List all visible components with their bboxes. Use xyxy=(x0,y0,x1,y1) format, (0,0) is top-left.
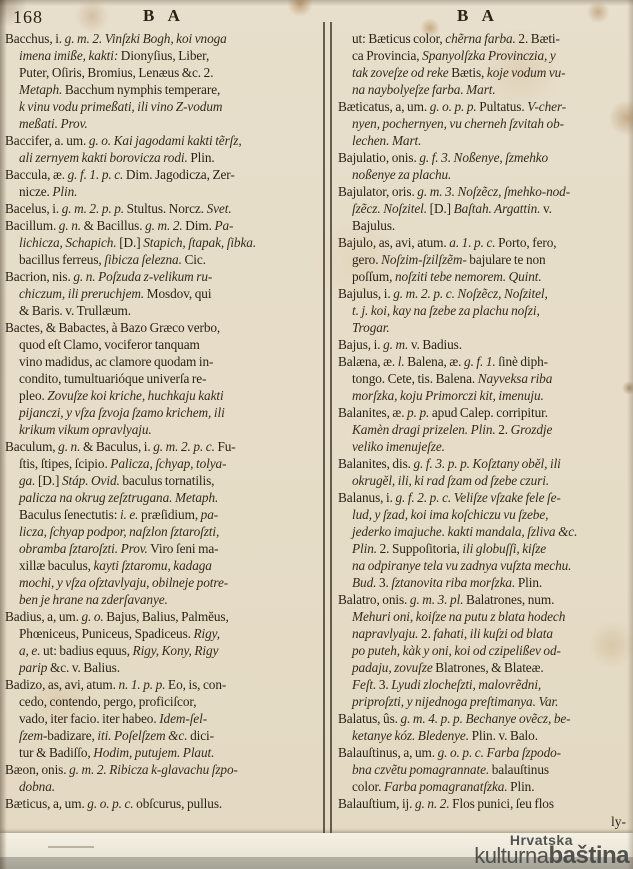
dictionary-entry: Balatus, ûs. g. m. 4. p. p. Bechanye ovẽ… xyxy=(338,710,631,744)
dictionary-entry: Baccifer, a. um. g. o. Kai jagodami kakt… xyxy=(5,132,321,166)
watermark-line2-normal: kulturna xyxy=(474,843,548,868)
dictionary-entry: Bactes, & Babactes, à Bazo Græco verbo,q… xyxy=(5,319,321,438)
dictionary-entry: Bacrion, nis. g. n. Poſzuda z-velikum ru… xyxy=(5,268,321,319)
dictionary-entry: Balauſtinus, a, um. g. o. p. c. Farba ſz… xyxy=(338,744,631,795)
dictionary-entry: Badius, a, um. g. o. Bajus, Balius, Palm… xyxy=(5,608,321,676)
running-header-left: B A xyxy=(143,6,185,26)
scan-edge-mark xyxy=(48,846,94,848)
scanned-dictionary-page: 168 B A B A Bacchus, i. g. m. 2. Vinſzki… xyxy=(0,0,633,869)
dictionary-entry: Bæon, onis. g. m. 2. Ribicza k-glavachu … xyxy=(5,761,321,795)
dictionary-entry: ut: Bæticus color, chẽrna farba. 2. Bæti… xyxy=(338,30,631,98)
dictionary-entry: Balanites, dis. g. f. 3. p. p. Koſztany … xyxy=(338,455,631,489)
dictionary-entry: Baculum, g. n. & Baculus, i. g. m. 2. p.… xyxy=(5,438,321,608)
column-divider-rule xyxy=(323,22,332,835)
dictionary-entry: Balauſtium, ij. g. n. 2. Flos punici, ſe… xyxy=(338,795,631,812)
dictionary-entry: Bajulator, oris. g. m. 3. Noſzẽcz, ſmehk… xyxy=(338,183,631,234)
dictionary-entry: Bæticus, a, um. g. o. p. c. obſcurus, pu… xyxy=(5,795,321,812)
dictionary-entry: Bacelus, i. g. m. 2. p. p. Stultus. Norc… xyxy=(5,200,321,217)
dictionary-entry: Bajulatio, onis. g. f. 3. Noßenye, ſzmeh… xyxy=(338,149,631,183)
heritage-watermark: Hrvatskakulturnabaština xyxy=(474,833,629,868)
dictionary-entry: Balanites, æ. p. p. apud Calep. corripit… xyxy=(338,404,631,455)
dictionary-entry: Bacchus, i. g. m. 2. Vinſzki Bogh, koi v… xyxy=(5,30,321,132)
left-text-column: Bacchus, i. g. m. 2. Vinſzki Bogh, koi v… xyxy=(5,30,321,820)
dictionary-entry: Bacillum. g. n. & Bacillus. g. m. 2. Dim… xyxy=(5,217,321,268)
dictionary-entry: Bæticatus, a, um. g. o. p. p. Pultatus. … xyxy=(338,98,631,149)
dictionary-entry: Baccula, æ. g. f. 1. p. c. Dim. Jagodicz… xyxy=(5,166,321,200)
dictionary-entry: Balanus, i. g. f. 2. p. c. Veliſze vſzak… xyxy=(338,489,631,591)
dictionary-entry: Bajus, i. g. m. v. Badius. xyxy=(338,336,631,353)
dictionary-entry: Bajulo, as, avi, atum. a. 1. p. c. Porto… xyxy=(338,234,631,285)
catchword: ly- xyxy=(611,814,626,830)
page-number: 168 xyxy=(13,7,43,28)
dictionary-entry: Bajulus, i. g. m. 2. p. c. Noſzẽcz, Noſz… xyxy=(338,285,631,336)
dictionary-entry: Badizo, as, avi, atum. n. 1. p. p. Eo, i… xyxy=(5,676,321,761)
dictionary-entry: Balæna, æ. l. Balena, æ. g. f. 1. ſinè d… xyxy=(338,353,631,404)
watermark-line2-bold: baština xyxy=(548,842,629,869)
running-header-right: B A xyxy=(457,6,499,26)
right-text-column: ut: Bæticus color, chẽrna farba. 2. Bæti… xyxy=(338,30,631,820)
dictionary-entry: Balatro, onis. g. m. 3. pl. Balatrones, … xyxy=(338,591,631,710)
